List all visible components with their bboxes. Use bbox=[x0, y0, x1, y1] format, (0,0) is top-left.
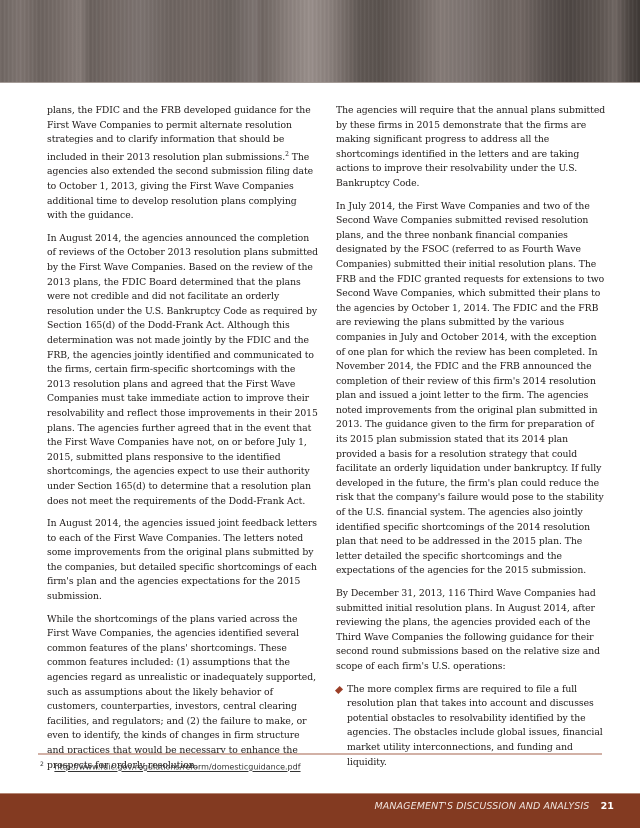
page-footer: MANAGEMENT'S DISCUSSION AND ANALYSIS 21 bbox=[0, 793, 640, 828]
paragraph: plans, the FDIC and the FRB developed gu… bbox=[47, 104, 319, 224]
footer-text: MANAGEMENT'S DISCUSSION AND ANALYSIS 21 bbox=[374, 801, 614, 812]
footnote-divider bbox=[38, 753, 602, 755]
paragraph-text: plans, the FDIC and the FRB developed gu… bbox=[47, 105, 311, 163]
footnote-number: 2 bbox=[40, 761, 44, 768]
paragraph: In July 2014, the First Wave Companies a… bbox=[336, 200, 608, 579]
bullet-list-item: The more complex firms are required to f… bbox=[336, 683, 608, 771]
left-column: plans, the FDIC and the FRB developed gu… bbox=[47, 104, 319, 781]
footnote-link[interactable]: http://www.fdic.gov/regulations/reform/d… bbox=[54, 763, 300, 772]
paragraph: The agencies will require that the annua… bbox=[336, 104, 608, 192]
paragraph: By December 31, 2013, 116 Third Wave Com… bbox=[336, 587, 608, 675]
header-banner-image bbox=[0, 0, 640, 83]
paragraph: While the shortcomings of the plans vari… bbox=[47, 613, 319, 774]
section-title: MANAGEMENT'S DISCUSSION AND ANALYSIS bbox=[374, 801, 589, 812]
footnote: 2 http://www.fdic.gov/regulations/reform… bbox=[40, 761, 301, 772]
diamond-bullet-icon bbox=[335, 686, 343, 694]
paragraph: In August 2014, the agencies announced t… bbox=[47, 232, 319, 509]
page-number: 21 bbox=[601, 801, 614, 812]
right-column: The agencies will require that the annua… bbox=[336, 104, 608, 770]
paragraph: In August 2014, the agencies issued join… bbox=[47, 517, 319, 605]
